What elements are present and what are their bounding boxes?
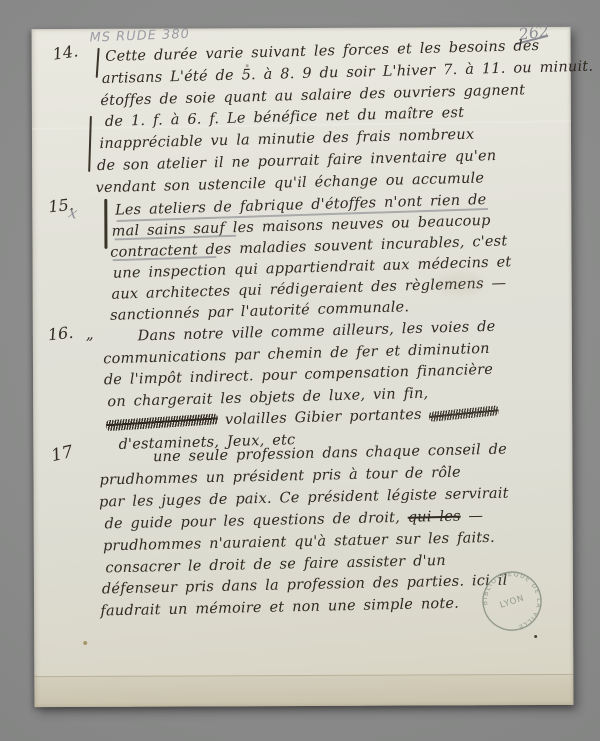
stamp-center-text: LYON: [499, 593, 526, 610]
margin-bar-14a: [96, 48, 100, 78]
section-number-14: 14.: [51, 41, 79, 63]
struck-line-after: —: [460, 508, 483, 524]
paper-stain: [246, 64, 249, 67]
photo-background: MS RUDE 380 262 14. Cette durée varie su…: [0, 0, 600, 741]
paper-bottom-discoloration: [34, 674, 573, 707]
section-17-paragraph: une seule profession dans chaque conseil…: [101, 440, 511, 624]
struck-out-word: [428, 406, 499, 423]
section-16-paragraph: Dans notre ville comme ailleurs, les voi…: [102, 317, 499, 457]
crossed-line-text: volailles Gibier portantes: [225, 407, 422, 428]
section-14-paragraph: Cette durée varie suivant les forces et …: [101, 35, 596, 200]
margin-bar-14b: [88, 116, 92, 172]
scribbled-out-word: [106, 413, 218, 431]
margin-bar-15: [104, 199, 107, 249]
paper-stain: [83, 641, 87, 645]
section-number-17: 17: [50, 442, 75, 466]
struck-line-before: de guide pour les questions de droit,: [104, 509, 408, 532]
archive-shelfmark-label: MS RUDE 380: [89, 27, 190, 46]
margin-x-mark: x: [67, 202, 79, 222]
section-number-16: 16.: [47, 323, 74, 345]
margin-ditto-mark: „: [86, 325, 94, 343]
struck-words: qui les: [408, 508, 461, 525]
manuscript-page: MS RUDE 380 262 14. Cette durée varie su…: [32, 27, 574, 707]
paper-stain: [437, 273, 483, 295]
ink-speck: [534, 635, 537, 638]
